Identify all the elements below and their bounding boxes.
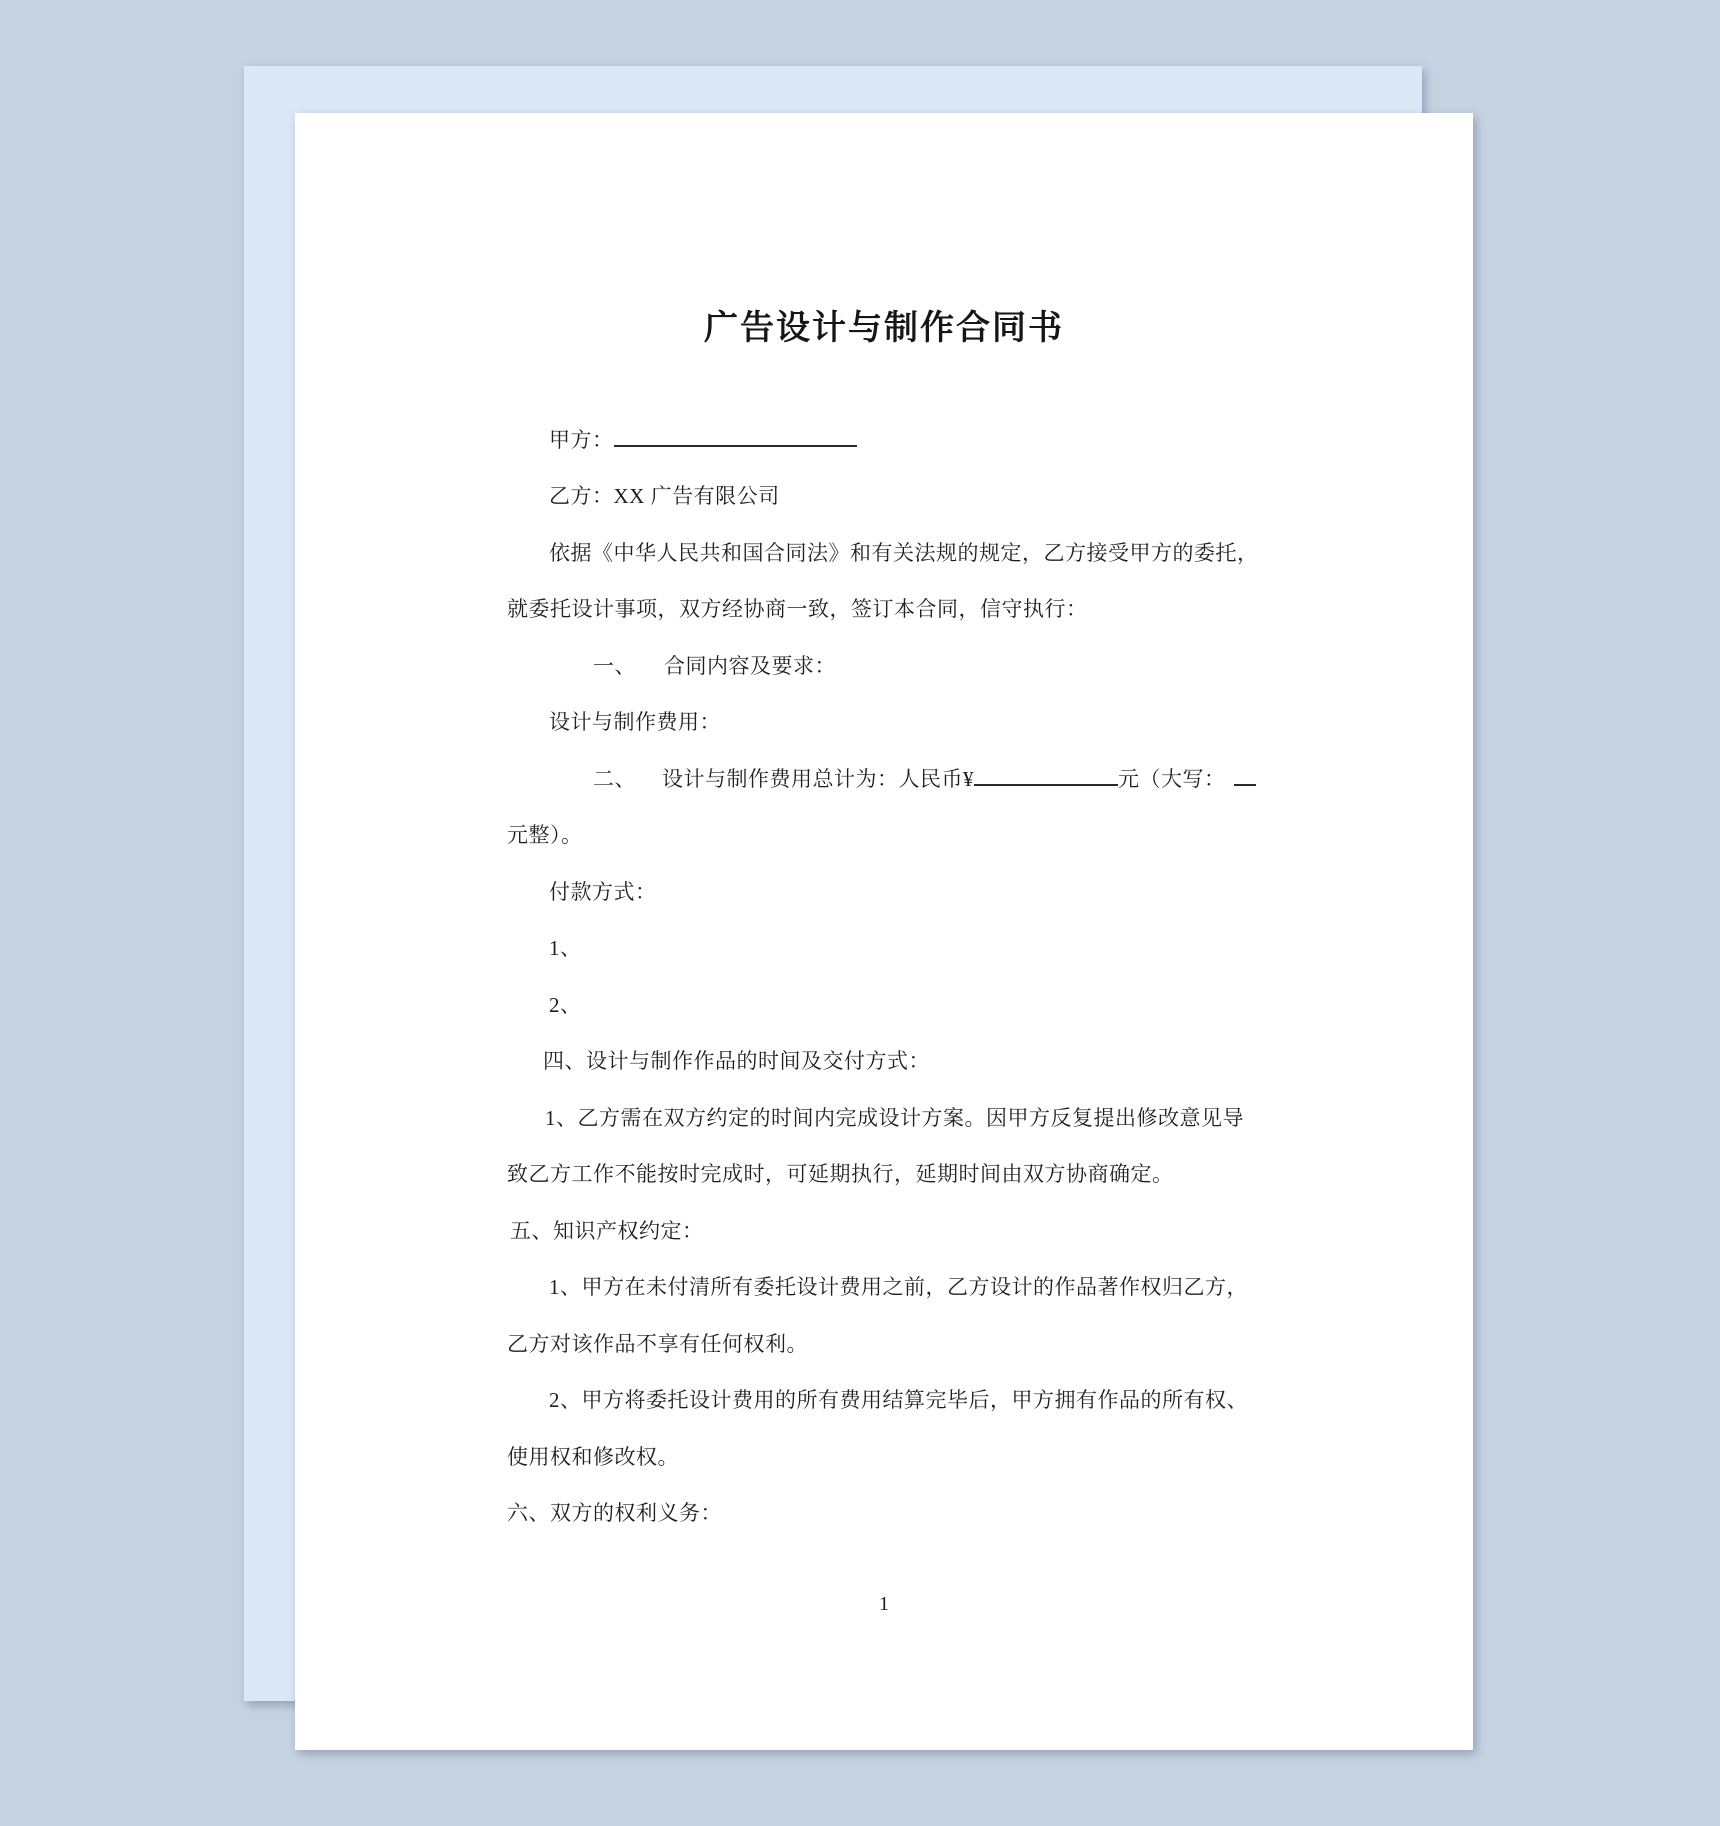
text-run: 一、 [593, 654, 636, 678]
text-line: 二、设计与制作费用总计为：人民币¥元（大写： [593, 766, 1256, 792]
blank-underline [614, 427, 857, 447]
document-title: 广告设计与制作合同书 [295, 309, 1473, 349]
text-line: 依据《中华人民共和国合同法》和有关法规的规定，乙方接受甲方的委托， [549, 540, 1259, 566]
text-line: 2、甲方将委托设计费用的所有费用结算完毕后，甲方拥有作品的所有权、 [549, 1387, 1248, 1413]
text-line: 就委托设计事项，双方经协商一致，签订本合同，信守执行： [507, 596, 1088, 622]
text-line: 四、设计与制作作品的时间及交付方式： [543, 1048, 930, 1074]
text-run: 元整）。 [507, 823, 583, 847]
text-line: 付款方式： [549, 879, 657, 905]
text-run: 五、知识产权约定： [510, 1219, 704, 1243]
text-line: 五、知识产权约定： [510, 1218, 704, 1244]
text-run: 就委托设计事项，双方经协商一致，签订本合同，信守执行： [507, 597, 1088, 621]
text-run: 乙方：XX 广告有限公司 [549, 484, 780, 508]
text-run: 致乙方工作不能按时完成时，可延期执行，延期时间由双方协商确定。 [507, 1162, 1174, 1186]
text-run: 1、甲方在未付清所有委托设计费用之前，乙方设计的作品著作权归乙方， [549, 1275, 1248, 1299]
document-page: 广告设计与制作合同书 甲方：乙方：XX 广告有限公司依据《中华人民共和国合同法》… [295, 113, 1473, 1750]
text-run: 设计与制作费用： [549, 710, 721, 734]
text-line: 致乙方工作不能按时完成时，可延期执行，延期时间由双方协商确定。 [507, 1161, 1174, 1187]
text-run: 使用权和修改权。 [507, 1445, 679, 1469]
text-run: 2、甲方将委托设计费用的所有费用结算完毕后，甲方拥有作品的所有权、 [549, 1388, 1248, 1412]
text-run: 乙方对该作品不享有任何权利。 [507, 1332, 808, 1356]
tab-gap [636, 785, 662, 786]
text-line: 甲方： [549, 427, 857, 453]
text-line: 六、双方的权利义务： [507, 1500, 722, 1526]
text-run: 依据《中华人民共和国合同法》和有关法规的规定，乙方接受甲方的委托， [549, 541, 1259, 565]
desktop-background: { "document": { "title": "广告设计与制作合同书", "… [0, 0, 1720, 1826]
text-run: 六、双方的权利义务： [507, 1501, 722, 1525]
blank-underline [1234, 766, 1256, 786]
text-line: 乙方对该作品不享有任何权利。 [507, 1331, 808, 1357]
text-line: 1、乙方需在双方约定的时间内完成设计方案。因甲方反复提出修改意见导 [545, 1105, 1244, 1131]
text-line: 2、 [549, 992, 582, 1018]
text-run: 1、乙方需在双方约定的时间内完成设计方案。因甲方反复提出修改意见导 [545, 1106, 1244, 1130]
blank-underline [974, 766, 1118, 786]
text-line: 元整）。 [507, 822, 583, 848]
text-run: 合同内容及要求： [664, 654, 836, 678]
text-line: 1、 [549, 935, 582, 961]
text-line: 1、甲方在未付清所有委托设计费用之前，乙方设计的作品著作权归乙方， [549, 1274, 1248, 1300]
text-run: 设计与制作费用总计为：人民币¥ [662, 767, 974, 791]
text-line: 设计与制作费用： [549, 709, 721, 735]
text-run: 2、 [549, 993, 582, 1017]
page-number: 1 [295, 1592, 1473, 1616]
text-line: 乙方：XX 广告有限公司 [549, 483, 780, 509]
tab-gap [636, 672, 664, 673]
text-run: 付款方式： [549, 880, 657, 904]
text-run: 元（大写： [1118, 767, 1226, 791]
text-run: 二、 [593, 767, 636, 791]
tab-gap [1226, 785, 1234, 786]
text-run: 甲方： [549, 428, 614, 452]
text-run: 1、 [549, 936, 582, 960]
text-run: 四、设计与制作作品的时间及交付方式： [543, 1049, 930, 1073]
text-line: 一、合同内容及要求： [593, 653, 836, 679]
text-line: 使用权和修改权。 [507, 1444, 679, 1470]
